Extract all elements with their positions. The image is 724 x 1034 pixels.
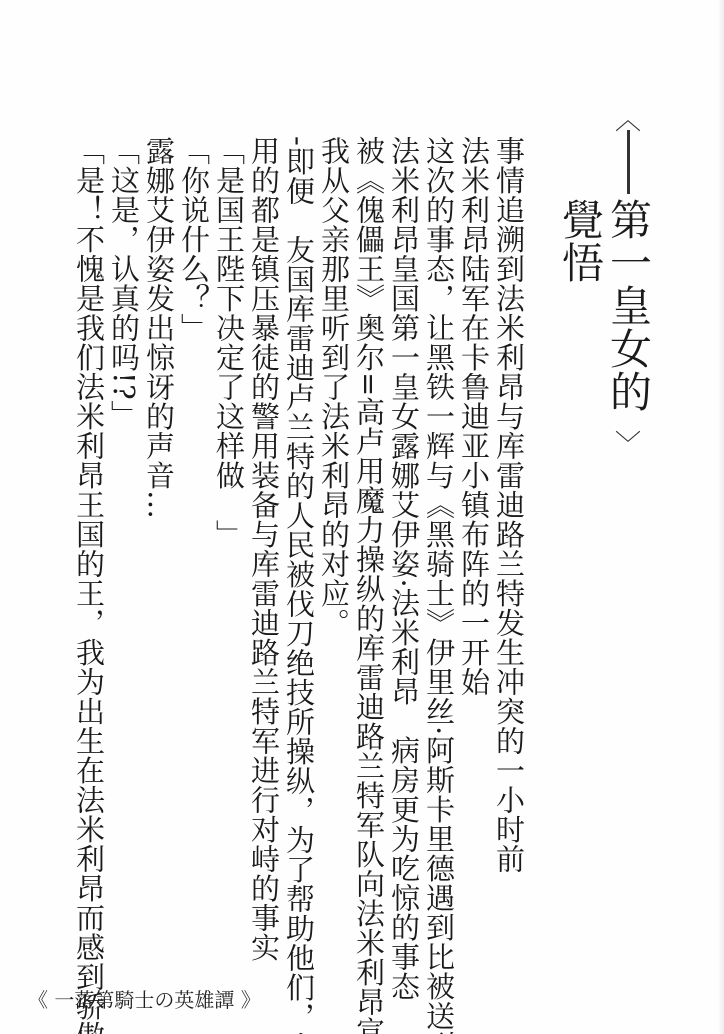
body-text: 事情追溯到法米利昂与库雷迪路兰特发生冲突的一小时前 法米利昂陆军在卡鲁迪亚小镇布… xyxy=(71,136,526,856)
chapter-title: 第一皇女的覺悟 xyxy=(604,198,652,448)
text-line: 法米利昂皇国第一皇女露娜艾伊姿·法米利昂 病房更为吃惊的事态 在库雷迪路兰特 xyxy=(386,136,421,856)
chapter-dash-line xyxy=(627,130,630,194)
book-page: ︿ 第一皇女的覺悟 ﹀ 事情追溯到法米利昂与库雷迪路兰特发生冲突的一小时前 法米… xyxy=(0,0,724,1034)
dialogue-line: 「是国王陛下决定了这样做 」 xyxy=(211,136,246,856)
text-line: 被《傀儡王》奥尔=高卢用魔力操纵的库雷迪路兰特军队向法米利昂宣战这一情况 xyxy=(351,136,386,856)
text-line: 法米利昂陆军在卡鲁迪亚小镇布阵的一开始 xyxy=(456,136,491,856)
chapter-bracket-close: ﹀ xyxy=(604,432,652,458)
text-line: 露娜艾伊姿发出惊讶的声音… xyxy=(141,136,176,856)
dialogue-line: 「你说什么？」 xyxy=(176,136,211,856)
text-line: 事情追溯到法米利昂与库雷迪路兰特发生冲突的一小时前 xyxy=(491,136,526,856)
text-line: 这次的事态，让黑铁一辉与《黑骑士》伊里丝·阿斯卡里德遇到比被送到医院去的 xyxy=(421,136,456,856)
dialogue-line: 「这是，认真的吗!?」 xyxy=(106,136,141,856)
chapter-heading: ︿ 第一皇女的覺悟 ﹀ xyxy=(604,108,652,448)
running-footer-book-title: 《 一落第騎士の英雄譚 》 xyxy=(28,988,261,1012)
dialogue-line: 「是！不愧是我们法米利昂王国的王，我为出生在法米利昂而感到骄傲 」 xyxy=(71,136,106,856)
page-edge-shadow xyxy=(718,0,724,1034)
text-line: 我从父亲那里听到了法米利昂的对应。 xyxy=(316,136,351,856)
text-line: 用的都是镇压暴徒的警用装备与库雷迪路兰特军进行对峙的事实 xyxy=(246,136,281,856)
text-line: -即便 友国库雷迪卢兰特的人民被伐刀绝技所操纵，为了帮助他们，士兵 xyxy=(281,136,316,856)
